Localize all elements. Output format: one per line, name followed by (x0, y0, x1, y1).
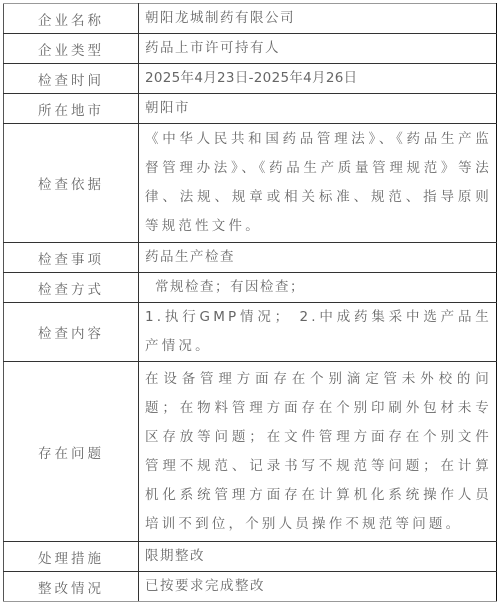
row-label: 企业类型 (4, 34, 139, 64)
row-label: 检查内容 (4, 303, 139, 362)
row-label: 存在问题 (4, 362, 139, 542)
row-label: 整改情况 (4, 572, 139, 599)
row-label: 检查事项 (4, 243, 139, 273)
row-label: 处理措施 (4, 542, 139, 572)
inspection-info-table: 企业名称 朝阳龙城制药有限公司 企业类型 药品上市许可持有人 检查时间 2025… (3, 3, 497, 598)
table-row-company-name: 企业名称 朝阳龙城制药有限公司 (4, 4, 497, 34)
table-row-rectification-status: 整改情况 已按要求完成整改 (4, 572, 497, 599)
table-row-inspection-content: 检查内容 1.执行GMP情况； 2.中成药集采中选产品生产情况。 (4, 303, 497, 362)
row-value: 1.执行GMP情况； 2.中成药集采中选产品生产情况。 (139, 303, 497, 362)
table-row-company-type: 企业类型 药品上市许可持有人 (4, 34, 497, 64)
table-row-inspection-method: 检查方式 常规检查；有因检查； (4, 273, 497, 303)
row-value: 2025年4月23日-2025年4月26日 (139, 64, 497, 94)
table-row-city: 所在地市 朝阳市 (4, 94, 497, 124)
table-row-inspection-time: 检查时间 2025年4月23日-2025年4月26日 (4, 64, 497, 94)
row-value: 朝阳市 (139, 94, 497, 124)
table-row-existing-problems: 存在问题 在设备管理方面存在个别滴定管未外校的问题；在物料管理方面存在个别印刷外… (4, 362, 497, 542)
row-value: 朝阳龙城制药有限公司 (139, 4, 497, 34)
row-value: 限期整改 (139, 542, 497, 572)
row-value: 药品上市许可持有人 (139, 34, 497, 64)
row-label: 检查方式 (4, 273, 139, 303)
row-label: 所在地市 (4, 94, 139, 124)
row-label: 检查依据 (4, 124, 139, 243)
row-label: 企业名称 (4, 4, 139, 34)
row-value: 《中华人民共和国药品管理法》、《药品生产监督管理办法》、《药品生产质量管理规范》… (139, 124, 497, 243)
table-row-measures: 处理措施 限期整改 (4, 542, 497, 572)
table-row-inspection-item: 检查事项 药品生产检查 (4, 243, 497, 273)
row-value: 常规检查；有因检查； (139, 273, 497, 303)
row-value: 在设备管理方面存在个别滴定管未外校的问题；在物料管理方面存在个别印刷外包材未专区… (139, 362, 497, 542)
row-value: 已按要求完成整改 (139, 572, 497, 599)
table-row-inspection-basis: 检查依据 《中华人民共和国药品管理法》、《药品生产监督管理办法》、《药品生产质量… (4, 124, 497, 243)
row-label: 检查时间 (4, 64, 139, 94)
row-value: 药品生产检查 (139, 243, 497, 273)
